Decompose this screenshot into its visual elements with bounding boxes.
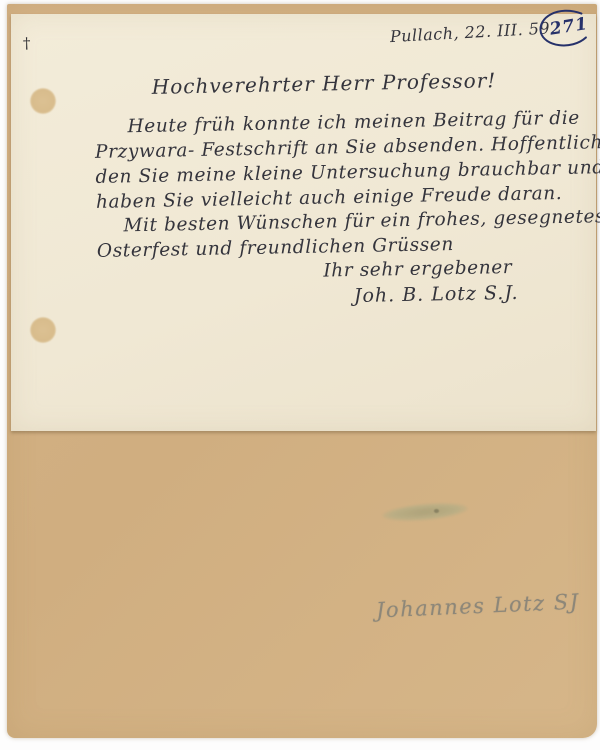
body-line: Osterfest und freundlichen Grüssen xyxy=(97,234,454,262)
dateline: Pullach, 22. III. 59. xyxy=(389,18,556,46)
salutation: Hochverehrter Herr Professor! xyxy=(152,68,497,99)
stain-speck xyxy=(434,509,439,513)
ink-signature: Joh. B. Lotz S.J. xyxy=(354,282,519,307)
letter-content: † Pullach, 22. III. 59. 271 Hochverehrte… xyxy=(0,0,600,436)
punch-hole-bottom xyxy=(30,317,56,343)
scanned-letter-page: † Pullach, 22. III. 59. 271 Hochverehrte… xyxy=(0,0,600,750)
body-line: Heute früh konnte ich meinen Beitrag für… xyxy=(127,108,580,138)
archive-number-stamp: 271 xyxy=(534,8,591,51)
punch-hole-top xyxy=(30,88,56,114)
closing-line: Ihr sehr ergebener xyxy=(323,257,512,282)
cross-icon: † xyxy=(23,34,31,52)
